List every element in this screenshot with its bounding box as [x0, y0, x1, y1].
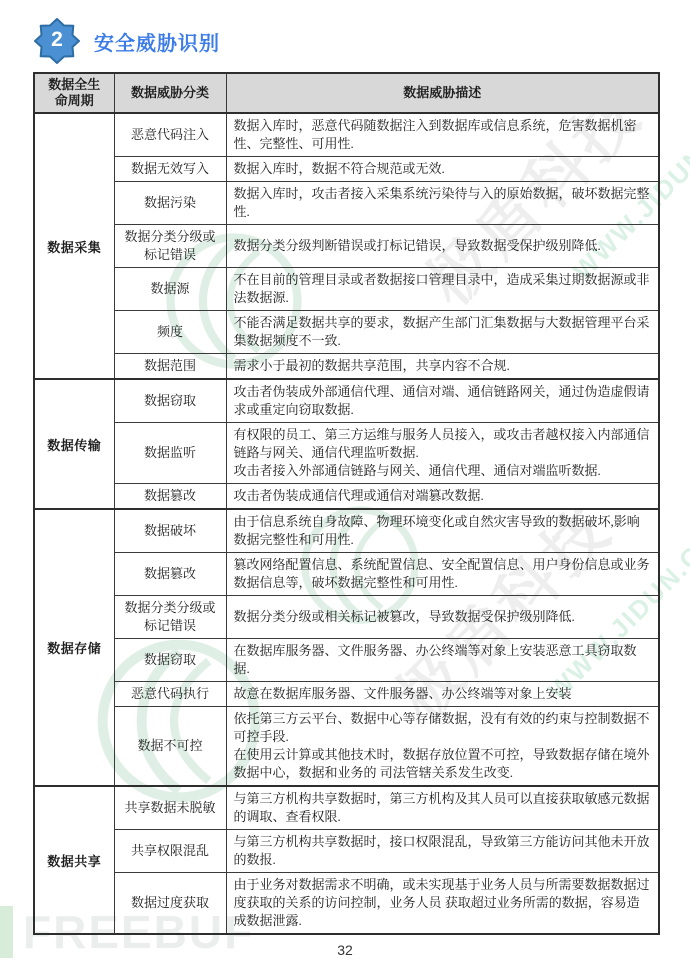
description-cell: 不在目前的管理目录或者数据接口管理目录中，造成采集过期数据源或非法数据源. — [226, 268, 659, 311]
section-number-badge: 2 — [34, 18, 80, 64]
category-cell: 频度 — [114, 311, 226, 354]
lifecycle-cell: 数据共享 — [34, 786, 114, 934]
table-body: 数据采集恶意代码注入数据入库时，恶意代码随数据注入到数据库或信息系统，危害数据机… — [34, 113, 659, 934]
description-cell: 数据分类分级判断错误或打标记错误，导致数据受保护级别降低. — [226, 225, 659, 268]
table-row: 数据不可控依托第三方云平台、数据中心等存储数据，没有有效的约束与控制数据不可控手… — [34, 707, 659, 787]
table-row: 数据污染数据入库时，攻击者接入采集系统污染待与入的原始数据，破坏数据完整性. — [34, 182, 659, 225]
description-cell: 不能否满足数据共享的要求，数据产生部门汇集数据与大数据管理平台采集数据频度不一致… — [226, 311, 659, 354]
table-row: 数据分类分级或标记错误数据分类分级判断错误或打标记错误，导致数据受保护级别降低. — [34, 225, 659, 268]
table-row: 数据采集恶意代码注入数据入库时，恶意代码随数据注入到数据库或信息系统，危害数据机… — [34, 113, 659, 157]
lifecycle-cell: 数据采集 — [34, 113, 114, 379]
description-cell: 与第三方机构共享数据时，第三方机构及其人员可以直接获取敏感元数据的调取、查看权限… — [226, 786, 659, 830]
description-cell: 由于信息系统自身故障、物理环境变化或自然灾害导致的数据破坏,影响数据完整性和可用… — [226, 509, 659, 553]
category-cell: 数据无效写入 — [114, 157, 226, 182]
description-cell: 故意在数据库服务器、文件服务器、办公终端等对象上安装 — [226, 682, 659, 707]
table-row: 恶意代码执行故意在数据库服务器、文件服务器、办公终端等对象上安装 — [34, 682, 659, 707]
category-cell: 数据分类分级或标记错误 — [114, 225, 226, 268]
category-cell: 恶意代码注入 — [114, 113, 226, 157]
table-row: 数据篡改篡改网络配置信息、系统配置信息、安全配置信息、用户身份信息或业务数据信息… — [34, 553, 659, 596]
table-row: 数据监听有权限的员工、第三方运维与服务人员接入，或攻击者越权接入内部通信链路与网… — [34, 423, 659, 484]
category-cell: 恶意代码执行 — [114, 682, 226, 707]
table-row: 频度不能否满足数据共享的要求，数据产生部门汇集数据与大数据管理平台采集数据频度不… — [34, 311, 659, 354]
lifecycle-cell: 数据传输 — [34, 379, 114, 509]
description-cell: 在数据库服务器、文件服务器、办公终端等对象上安装恶意工具窃取数据. — [226, 639, 659, 682]
page-title: 安全威胁识别 — [94, 27, 220, 56]
description-cell: 需求小于最初的数据共享范围，共享内容不合规. — [226, 354, 659, 380]
table-row: 数据存储数据破坏由于信息系统自身故障、物理环境变化或自然灾害导致的数据破坏,影响… — [34, 509, 659, 553]
category-cell: 数据窃取 — [114, 639, 226, 682]
table-row: 数据共享共享数据未脱敏与第三方机构共享数据时，第三方机构及其人员可以直接获取敏感… — [34, 786, 659, 830]
table-row: 数据分类分级或标记错误数据分类分级或相关标记被篡改，导致数据受保护级别降低. — [34, 596, 659, 639]
description-cell: 数据入库时，恶意代码随数据注入到数据库或信息系统，危害数据机密性、完整性、可用性… — [226, 113, 659, 157]
column-header-description: 数据威胁描述 — [226, 73, 659, 113]
category-cell: 数据范围 — [114, 354, 226, 380]
description-cell: 与第三方机构共享数据时，接口权限混乱，导致第三方能访问其他未开放的数报. — [226, 830, 659, 873]
lifecycle-cell: 数据存储 — [34, 509, 114, 786]
page-number: 32 — [0, 942, 690, 958]
category-cell: 数据过度获取 — [114, 873, 226, 935]
section-heading: 2 安全威胁识别 — [34, 18, 220, 64]
category-cell: 共享权限混乱 — [114, 830, 226, 873]
table-row: 数据无效写入数据入库时，数据不符合规范或无效. — [34, 157, 659, 182]
table-header-row: 数据全生 命周期 数据威胁分类 数据威胁描述 — [34, 73, 659, 113]
description-cell: 攻击者伪装成外部通信代理、通信对端、通信链路网关，通过伪造虚假请求或重定向窃取数… — [226, 379, 659, 423]
category-cell: 数据源 — [114, 268, 226, 311]
description-cell: 依托第三方云平台、数据中心等存储数据，没有有效的约束与控制数据不可控手段. 在使… — [226, 707, 659, 787]
description-cell: 攻击者伪装成通信代理或通信对端篡改数据. — [226, 484, 659, 510]
description-cell: 数据分类分级或相关标记被篡改，导致数据受保护级别降低. — [226, 596, 659, 639]
category-cell: 数据分类分级或标记错误 — [114, 596, 226, 639]
description-cell: 篡改网络配置信息、系统配置信息、安全配置信息、用户身份信息或业务数据信息等，破坏… — [226, 553, 659, 596]
category-cell: 数据破坏 — [114, 509, 226, 553]
threat-table: 数据全生 命周期 数据威胁分类 数据威胁描述 数据采集恶意代码注入数据入库时，恶… — [33, 72, 660, 935]
category-cell: 数据监听 — [114, 423, 226, 484]
table-row: 数据范围需求小于最初的数据共享范围，共享内容不合规. — [34, 354, 659, 380]
category-cell: 数据篡改 — [114, 553, 226, 596]
category-cell: 共享数据未脱敏 — [114, 786, 226, 830]
threat-table-container: 数据全生 命周期 数据威胁分类 数据威胁描述 数据采集恶意代码注入数据入库时，恶… — [33, 72, 658, 935]
category-cell: 数据污染 — [114, 182, 226, 225]
section-number: 2 — [34, 18, 80, 64]
table-row: 数据窃取在数据库服务器、文件服务器、办公终端等对象上安装恶意工具窃取数据. — [34, 639, 659, 682]
description-cell: 有权限的员工、第三方运维与服务人员接入，或攻击者越权接入内部通信链路与网关、通信… — [226, 423, 659, 484]
description-cell: 由于业务对数据需求不明确，或未实现基于业务人员与所需要数据数据过度获取的关系的访… — [226, 873, 659, 935]
table-row: 共享权限混乱与第三方机构共享数据时，接口权限混乱，导致第三方能访问其他未开放的数… — [34, 830, 659, 873]
description-cell: 数据入库时，数据不符合规范或无效. — [226, 157, 659, 182]
table-row: 数据源不在目前的管理目录或者数据接口管理目录中，造成采集过期数据源或非法数据源. — [34, 268, 659, 311]
category-cell: 数据不可控 — [114, 707, 226, 787]
table-row: 数据传输数据窃取攻击者伪装成外部通信代理、通信对端、通信链路网关，通过伪造虚假请… — [34, 379, 659, 423]
category-cell: 数据窃取 — [114, 379, 226, 423]
category-cell: 数据篡改 — [114, 484, 226, 510]
column-header-lifecycle: 数据全生 命周期 — [34, 73, 114, 113]
table-row: 数据过度获取由于业务对数据需求不明确，或未实现基于业务人员与所需要数据数据过度获… — [34, 873, 659, 935]
description-cell: 数据入库时，攻击者接入采集系统污染待与入的原始数据，破坏数据完整性. — [226, 182, 659, 225]
column-header-category: 数据威胁分类 — [114, 73, 226, 113]
table-row: 数据篡改攻击者伪装成通信代理或通信对端篡改数据. — [34, 484, 659, 510]
